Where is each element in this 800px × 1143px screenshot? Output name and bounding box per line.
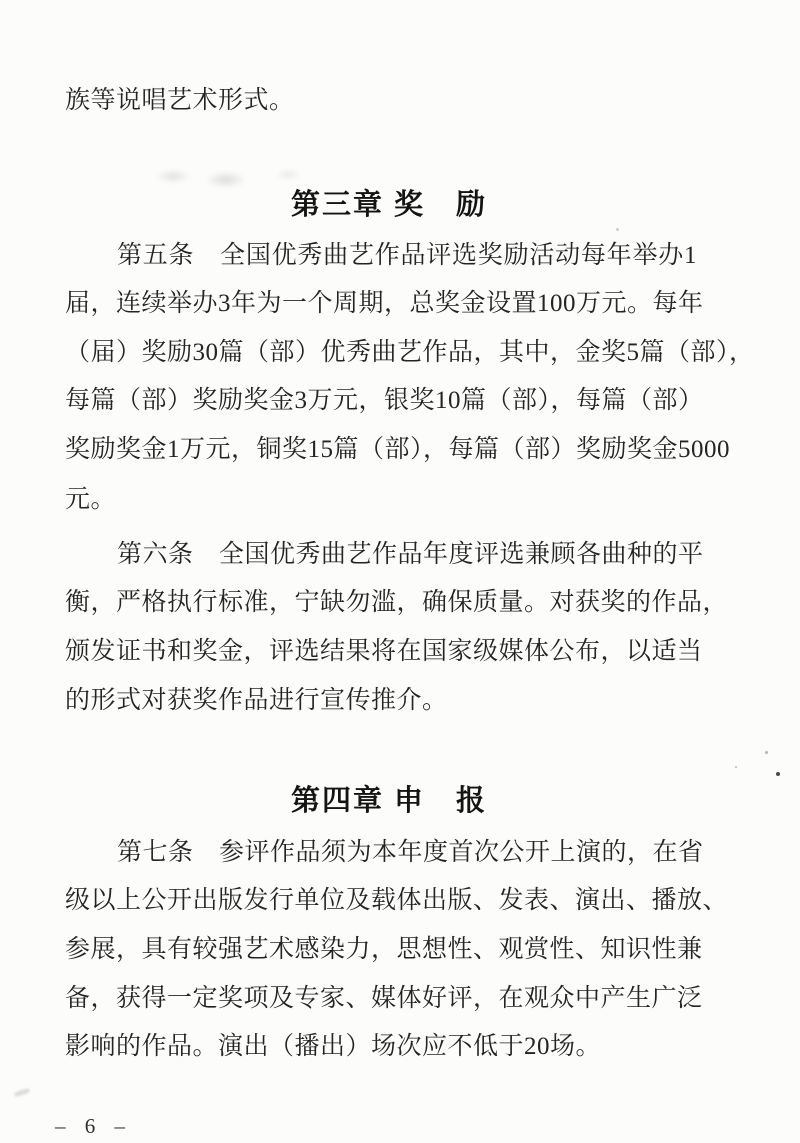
scanned-document-page: 族等说唱艺术形式。 第三章 奖 励 第五条 全国优秀曲艺作品评选奖励活动每年举办… (0, 0, 800, 1143)
body-text-line: 元。 (65, 485, 697, 515)
body-text-line: 级以上公开出版发行单位及载体出版、发表、演出、播放、 (65, 886, 697, 916)
body-text-line: 族等说唱艺术形式。 (65, 86, 697, 116)
body-text-line: （届）奖励30篇（部）优秀曲艺作品，其中，金奖5篇（部）， (65, 338, 697, 368)
body-text-line: 届，连续举办3年为一个周期，总奖金设置100万元。每年 (65, 289, 697, 319)
body-text-line: 衡，严格执行标准，宁缺勿滥，确保质量。对获奖的作品， (65, 588, 697, 618)
body-text-line: 颁发证书和奖金，评选结果将在国家级媒体公布，以适当 (65, 637, 697, 667)
scan-speck (14, 1088, 31, 1098)
body-text-line: 的形式对获奖作品进行宣传推介。 (65, 686, 697, 716)
body-text-line: 影响的作品。演出（播出）场次应不低于20场。 (65, 1032, 697, 1062)
body-text-line: 参展，具有较强艺术感染力，思想性、观赏性、知识性兼 (65, 935, 697, 965)
scan-speck (776, 772, 780, 776)
chapter-heading: 第四章 申 报 (73, 784, 705, 818)
scan-speck (765, 751, 768, 754)
body-text-line: 备，获得一定奖项及专家、媒体好评，在观众中产生广泛 (65, 984, 697, 1014)
body-text-line: 奖励奖金1万元，铜奖15篇（部），每篇（部）奖励奖金5000 (65, 435, 697, 465)
body-text-line: 第五条 全国优秀曲艺作品评选奖励活动每年举办1 (65, 241, 697, 271)
scan-speck (616, 228, 619, 231)
page-number: – 6 – (55, 1114, 132, 1139)
body-text-line: 每篇（部）奖励奖金3万元，银奖10篇（部），每篇（部） (65, 386, 697, 416)
body-text-line: 第六条 全国优秀曲艺作品年度评选兼顾各曲种的平 (65, 540, 697, 570)
body-text-line: 第七条 参评作品须为本年度首次公开上演的，在省 (65, 838, 697, 868)
chapter-heading: 第三章 奖 励 (73, 188, 705, 222)
scan-speck (735, 766, 737, 768)
